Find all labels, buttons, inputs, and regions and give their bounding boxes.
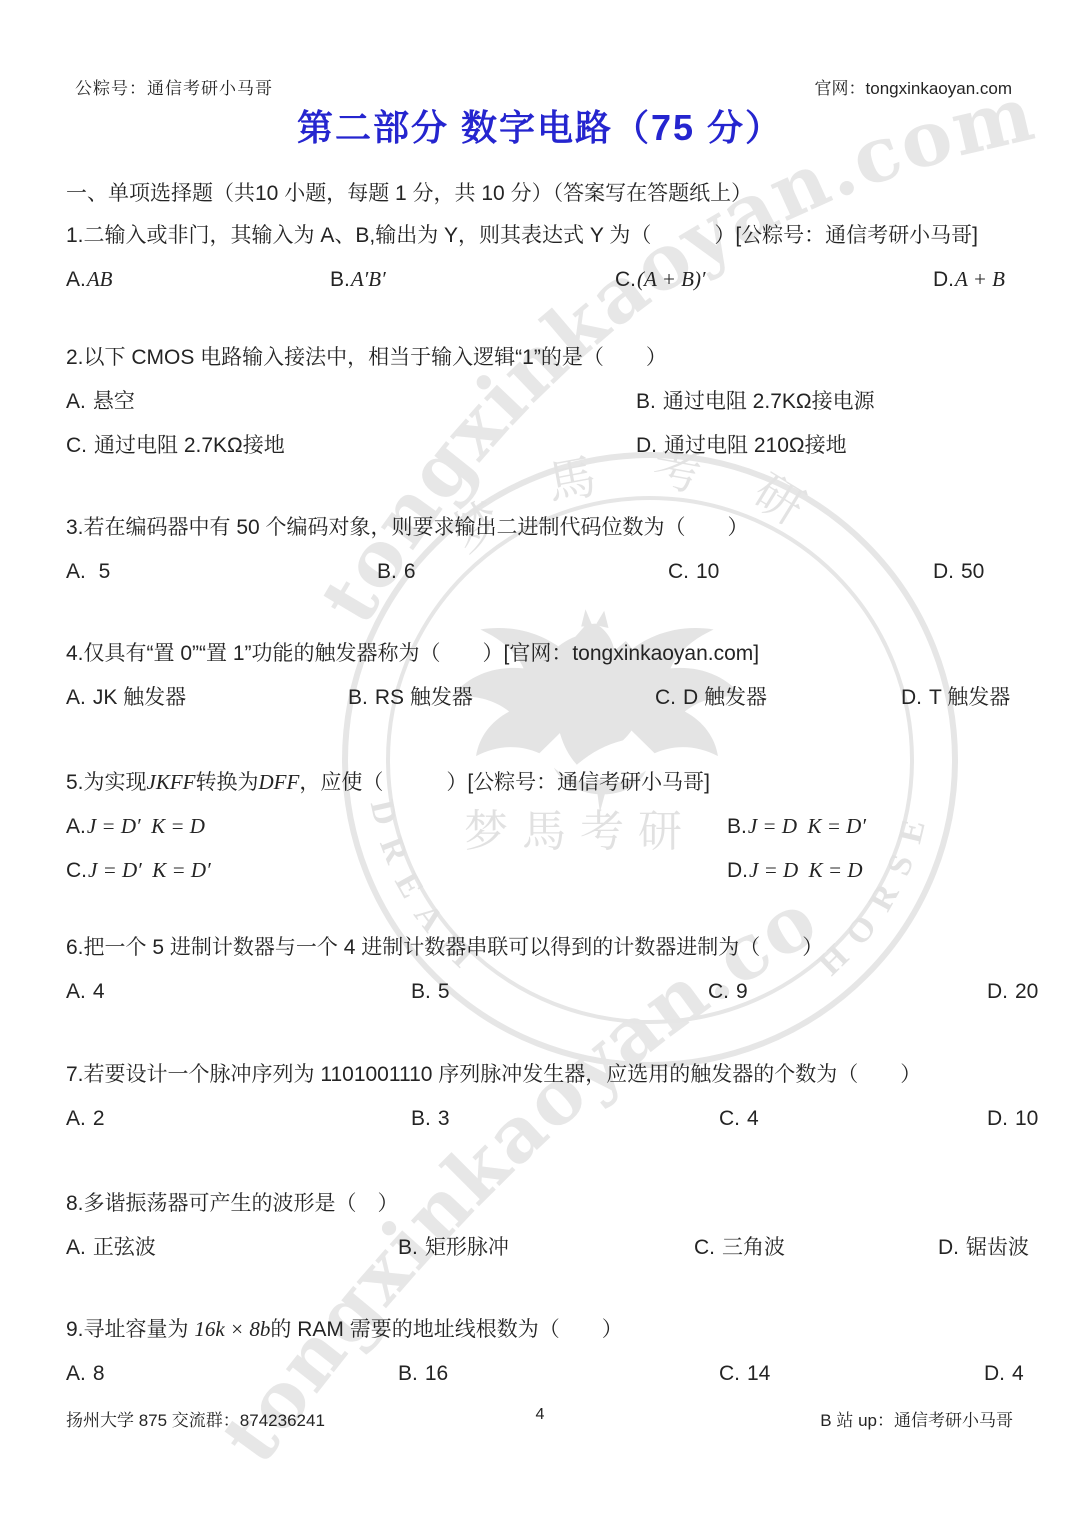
- option: C.4: [719, 1105, 987, 1132]
- question-text: 8.多谐振荡器可产生的波形是（ ）: [66, 1190, 1014, 1217]
- option-label: C.: [694, 1236, 715, 1259]
- option: C.10: [668, 558, 933, 585]
- option: B.A′B′: [330, 266, 615, 293]
- option-label: C.: [66, 859, 87, 882]
- option-label: D.: [987, 1107, 1008, 1130]
- options-row: A.4 B.5 C.9 D.20: [66, 978, 1014, 1005]
- option: D.A + B: [933, 266, 1014, 293]
- option-value: 矩形脉冲: [425, 1236, 509, 1259]
- option-value: 通过电阻 2.7KΩ接地: [94, 434, 285, 457]
- option-value: T 触发器: [929, 686, 1010, 709]
- option-label: A.: [66, 686, 86, 709]
- options-row: A.2 B.3 C.4 D.10: [66, 1105, 1014, 1132]
- options-row: A.JK 触发器 B.RS 触发器 C.D 触发器 D.T 触发器: [66, 684, 1014, 711]
- option-value: 14: [747, 1362, 770, 1385]
- option-label: A.: [66, 1107, 86, 1130]
- option: D.锯齿波: [938, 1234, 1029, 1261]
- option: A.2: [66, 1105, 411, 1132]
- question-7: 7.若要设计一个脉冲序列为 1101001110 序列脉冲发生器，应选用的触发器…: [66, 1061, 1014, 1132]
- option: D.4: [984, 1360, 1024, 1387]
- option: C.14: [719, 1360, 984, 1387]
- question-8: 8.多谐振荡器可产生的波形是（ ） A.正弦波 B.矩形脉冲 C.三角波 D.锯…: [66, 1190, 1014, 1261]
- option: A.4: [66, 978, 411, 1005]
- option-label: A.: [66, 980, 86, 1003]
- option: C.(A + B)′: [615, 266, 933, 293]
- option-value: (A + B)′: [637, 267, 706, 291]
- option-label: A.: [66, 1236, 86, 1259]
- question-3: 3.若在编码器中有 50 个编码对象，则要求输出二进制代码位数为（ ） A. 5…: [66, 514, 1014, 585]
- question-text: 3.若在编码器中有 50 个编码对象，则要求输出二进制代码位数为（ ）: [66, 514, 1014, 541]
- option: B.通过电阻 2.7KΩ接电源: [636, 388, 1014, 415]
- question-text: 2.以下 CMOS 电路输入接法中，相当于输入逻辑“1”的是（ ）: [66, 344, 1014, 371]
- option-label: B.: [348, 686, 368, 709]
- option-label: C.: [719, 1107, 740, 1130]
- footer-right-text: B 站 up：通信考研小马哥: [820, 1406, 1013, 1431]
- option-value: JK 触发器: [93, 686, 186, 709]
- options-row: A.正弦波 B.矩形脉冲 C.三角波 D.锯齿波: [66, 1234, 1014, 1261]
- option-value: 20: [1015, 980, 1038, 1003]
- option: D.50: [933, 558, 1014, 585]
- option-value: 4: [747, 1107, 759, 1130]
- question-text-part: 9.寻址容量为: [66, 1318, 194, 1341]
- option-value: 5: [93, 560, 111, 583]
- question-6: 6.把一个 5 进制计数器与一个 4 进制计数器串联可以得到的计数器进制为（ ）…: [66, 934, 1014, 1005]
- option: C.9: [708, 978, 987, 1005]
- option-value: D 触发器: [683, 686, 767, 709]
- options-row: A. 5 B.6 C.10 D.50: [66, 558, 1014, 585]
- question-math-part: 16k × 8b: [194, 1317, 270, 1341]
- question-text: 6.把一个 5 进制计数器与一个 4 进制计数器串联可以得到的计数器进制为（ ）: [66, 934, 1014, 961]
- option: A.AB: [66, 266, 330, 293]
- question-5: 5.为实现JKFF转换为DFF，应使（ ）[公粽号：通信考研小马哥] A.J =…: [66, 769, 1014, 884]
- option-value: 2: [93, 1107, 105, 1130]
- option: A.8: [66, 1360, 398, 1387]
- header-left-text: 公粽号：通信考研小马哥: [75, 74, 273, 99]
- option-label: D.: [987, 980, 1008, 1003]
- option-value: 通过电阻 2.7KΩ接电源: [663, 390, 875, 413]
- option: B.6: [377, 558, 668, 585]
- page-title: 第二部分 数字电路（75 分）: [0, 100, 1080, 151]
- option-label: D.: [933, 560, 954, 583]
- option-value: 10: [696, 560, 719, 583]
- option-value: J = D′ K = D: [87, 814, 205, 838]
- option: B.J = D K = D′: [727, 813, 1014, 840]
- question-text-part: 的 RAM 需要的地址线根数为（ ）: [270, 1318, 622, 1341]
- option-value: J = D K = D′: [748, 814, 866, 838]
- question-text: 4.仅具有“置 0”“置 1”功能的触发器称为（ ）[官网：tongxinkao…: [66, 640, 1014, 667]
- option-value: 三角波: [722, 1236, 785, 1259]
- option: C.D 触发器: [655, 684, 901, 711]
- section-heading: 一、单项选择题（共10 小题，每题 1 分，共 10 分）（答案写在答题纸上）: [66, 177, 752, 207]
- options-row: C.通过电阻 2.7KΩ接地 D.通过电阻 210Ω接地: [66, 432, 1014, 459]
- question-text: 7.若要设计一个脉冲序列为 1101001110 序列脉冲发生器，应选用的触发器…: [66, 1061, 1014, 1088]
- option-label: B.: [411, 980, 431, 1003]
- question-math-part: JKFF: [147, 770, 196, 794]
- option-label: A.: [66, 390, 86, 413]
- option-label: D.: [727, 859, 748, 882]
- options-row: A.AB B.A′B′ C.(A + B)′ D.A + B: [66, 266, 1014, 293]
- option-value: 6: [404, 560, 416, 583]
- option-label: D.: [901, 686, 922, 709]
- option-label: B.: [330, 268, 350, 291]
- option: B.16: [398, 1360, 719, 1387]
- option-label: C.: [668, 560, 689, 583]
- option-label: C.: [708, 980, 729, 1003]
- option-value: 5: [438, 980, 450, 1003]
- option-label: B.: [377, 560, 397, 583]
- option: B.3: [411, 1105, 719, 1132]
- option: B.5: [411, 978, 708, 1005]
- exam-page: tongxinkaoyan.com tongxinkaoyan.com 梦馬考研…: [0, 0, 1080, 1527]
- option-value: A′B′: [351, 267, 386, 291]
- option-value: 锯齿波: [966, 1236, 1029, 1259]
- option: A.JK 触发器: [66, 684, 348, 711]
- option-value: 4: [1012, 1362, 1024, 1385]
- header-right-text: 官网：tongxinkaoyan.com: [815, 74, 1012, 99]
- option-value: 10: [1015, 1107, 1038, 1130]
- option-label: B.: [636, 390, 656, 413]
- question-text: 9.寻址容量为 16k × 8b的 RAM 需要的地址线根数为（ ）: [66, 1316, 1014, 1343]
- option-value: 悬空: [93, 390, 135, 413]
- option: C.通过电阻 2.7KΩ接地: [66, 432, 636, 459]
- question-9: 9.寻址容量为 16k × 8b的 RAM 需要的地址线根数为（ ） A.8 B…: [66, 1316, 1014, 1387]
- option-value: RS 触发器: [375, 686, 473, 709]
- option-label: C.: [719, 1362, 740, 1385]
- option: D.通过电阻 210Ω接地: [636, 432, 1014, 459]
- option-label: A.: [66, 1362, 86, 1385]
- options-row: A.悬空 B.通过电阻 2.7KΩ接电源: [66, 388, 1014, 415]
- option-label: C.: [66, 434, 87, 457]
- option-label: C.: [655, 686, 676, 709]
- question-text-part: 5.为实现: [66, 771, 147, 794]
- option: C.J = D′ K = D′: [66, 857, 727, 884]
- option-label: D.: [938, 1236, 959, 1259]
- option-value: 3: [438, 1107, 450, 1130]
- option: D.T 触发器: [901, 684, 1014, 711]
- option: A.悬空: [66, 388, 636, 415]
- question-1: 1.二输入或非门，其输入为 A、B,输出为 Y，则其表达式 Y 为（ ）[公粽号…: [66, 222, 1014, 293]
- options-row: C.J = D′ K = D′ D.J = D K = D: [66, 857, 1014, 884]
- option-label: B.: [411, 1107, 431, 1130]
- question-text-part: 转换为: [196, 771, 259, 794]
- option-value: 16: [425, 1362, 448, 1385]
- question-text-part: ，应使（ ）[公粽号：通信考研小马哥]: [299, 771, 710, 794]
- question-4: 4.仅具有“置 0”“置 1”功能的触发器称为（ ）[官网：tongxinkao…: [66, 640, 1014, 711]
- options-row: A.8 B.16 C.14 D.4: [66, 1360, 1014, 1387]
- option: D.20: [987, 978, 1038, 1005]
- question-text: 5.为实现JKFF转换为DFF，应使（ ）[公粽号：通信考研小马哥]: [66, 769, 1014, 796]
- question-text: 1.二输入或非门，其输入为 A、B,输出为 Y，则其表达式 Y 为（ ）[公粽号…: [66, 222, 1014, 249]
- options-row: A.J = D′ K = D B.J = D K = D′: [66, 813, 1014, 840]
- option-value: 正弦波: [93, 1236, 156, 1259]
- option: D.J = D K = D: [727, 857, 1014, 884]
- question-math-part: DFF: [259, 770, 300, 794]
- option: D.10: [987, 1105, 1038, 1132]
- option: B.矩形脉冲: [398, 1234, 694, 1261]
- option-value: 8: [93, 1362, 105, 1385]
- option-label: A.: [66, 815, 86, 838]
- option-label: C.: [615, 268, 636, 291]
- option-value: 9: [736, 980, 748, 1003]
- option: C.三角波: [694, 1234, 938, 1261]
- option: B.RS 触发器: [348, 684, 655, 711]
- option-value: AB: [87, 267, 113, 291]
- option-label: A.: [66, 560, 86, 583]
- option: A.正弦波: [66, 1234, 398, 1261]
- option-label: D.: [984, 1362, 1005, 1385]
- option-label: B.: [398, 1362, 418, 1385]
- option-value: 4: [93, 980, 105, 1003]
- question-2: 2.以下 CMOS 电路输入接法中，相当于输入逻辑“1”的是（ ） A.悬空 B…: [66, 344, 1014, 459]
- option: A. 5: [66, 558, 377, 585]
- option: A.J = D′ K = D: [66, 813, 727, 840]
- option-value: 50: [961, 560, 984, 583]
- option-value: J = D K = D: [749, 858, 863, 882]
- option-value: 通过电阻 210Ω接地: [664, 434, 847, 457]
- option-label: D.: [636, 434, 657, 457]
- option-label: B.: [727, 815, 747, 838]
- option-label: D.: [933, 268, 954, 291]
- option-value: J = D′ K = D′: [88, 858, 211, 882]
- option-label: B.: [398, 1236, 418, 1259]
- option-label: A.: [66, 268, 86, 291]
- option-value: A + B: [955, 267, 1005, 291]
